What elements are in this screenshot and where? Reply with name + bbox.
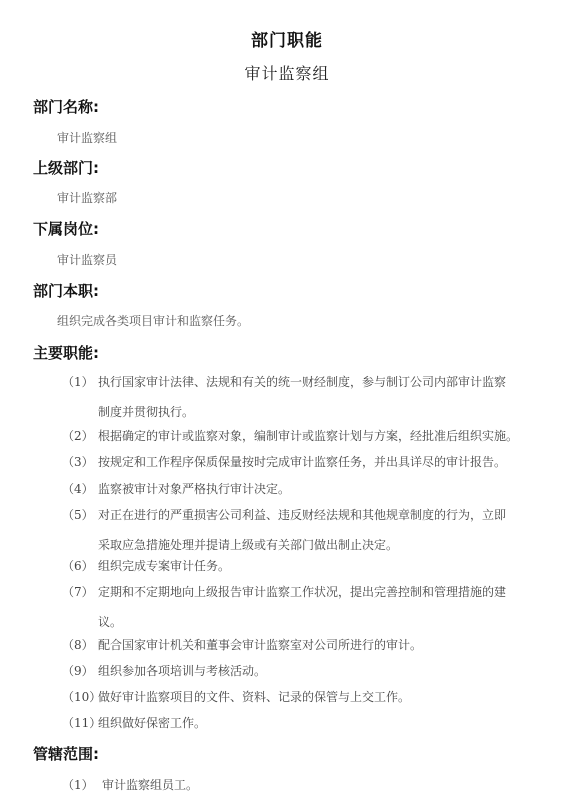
item-text-line: 对正在进行的严重损害公司利益、违反财经法规和其他规章制度的行为，立即 — [98, 506, 548, 536]
item-text-line: 执行国家审计法律、法规和有关的统一财经制度，参与制订公司内部审计监察 — [98, 373, 548, 403]
item-text-line: 按规定和工作程序保质保量按时完成审计监察任务，并出具详尽的审计报告。 — [98, 453, 548, 483]
heading-parent-dept: 上级部门: — [33, 157, 99, 178]
item-text-line: 审计监察组员工。 — [102, 776, 552, 806]
item-number: （2） — [62, 427, 98, 444]
item-number: （6） — [62, 557, 98, 574]
item-number: （11） — [62, 714, 98, 731]
subordinate-positions-value: 审计监察员 — [57, 251, 117, 268]
heading-subordinate-positions: 下属岗位: — [33, 218, 99, 239]
item-number: （3） — [62, 453, 98, 470]
heading-dept-duty: 部门本职: — [33, 280, 99, 301]
parent-dept-value: 审计监察部 — [57, 189, 117, 206]
item-number: （5） — [62, 506, 98, 523]
heading-main-functions: 主要职能: — [33, 342, 99, 363]
item-number: （10） — [62, 688, 98, 705]
document-subtitle: 审计监察组 — [0, 61, 574, 84]
item-number: （4） — [62, 480, 98, 497]
item-number: （7） — [62, 583, 98, 600]
dept-duty-value: 组织完成各类项目审计和监察任务。 — [57, 312, 249, 329]
item-text-line: 定期和不定期地向上级报告审计监察工作状况，提出完善控制和管理措施的建 — [98, 583, 548, 613]
item-number: （1） — [62, 776, 98, 793]
item-number: （8） — [62, 636, 98, 653]
item-text-line: 组织做好保密工作。 — [98, 714, 548, 744]
document-title: 部门职能 — [0, 26, 574, 51]
item-number: （1） — [62, 373, 98, 390]
item-number: （9） — [62, 662, 98, 679]
heading-scope: 管辖范围: — [33, 743, 99, 764]
dept-name-value: 审计监察组 — [57, 129, 117, 146]
heading-dept-name: 部门名称: — [33, 96, 99, 117]
